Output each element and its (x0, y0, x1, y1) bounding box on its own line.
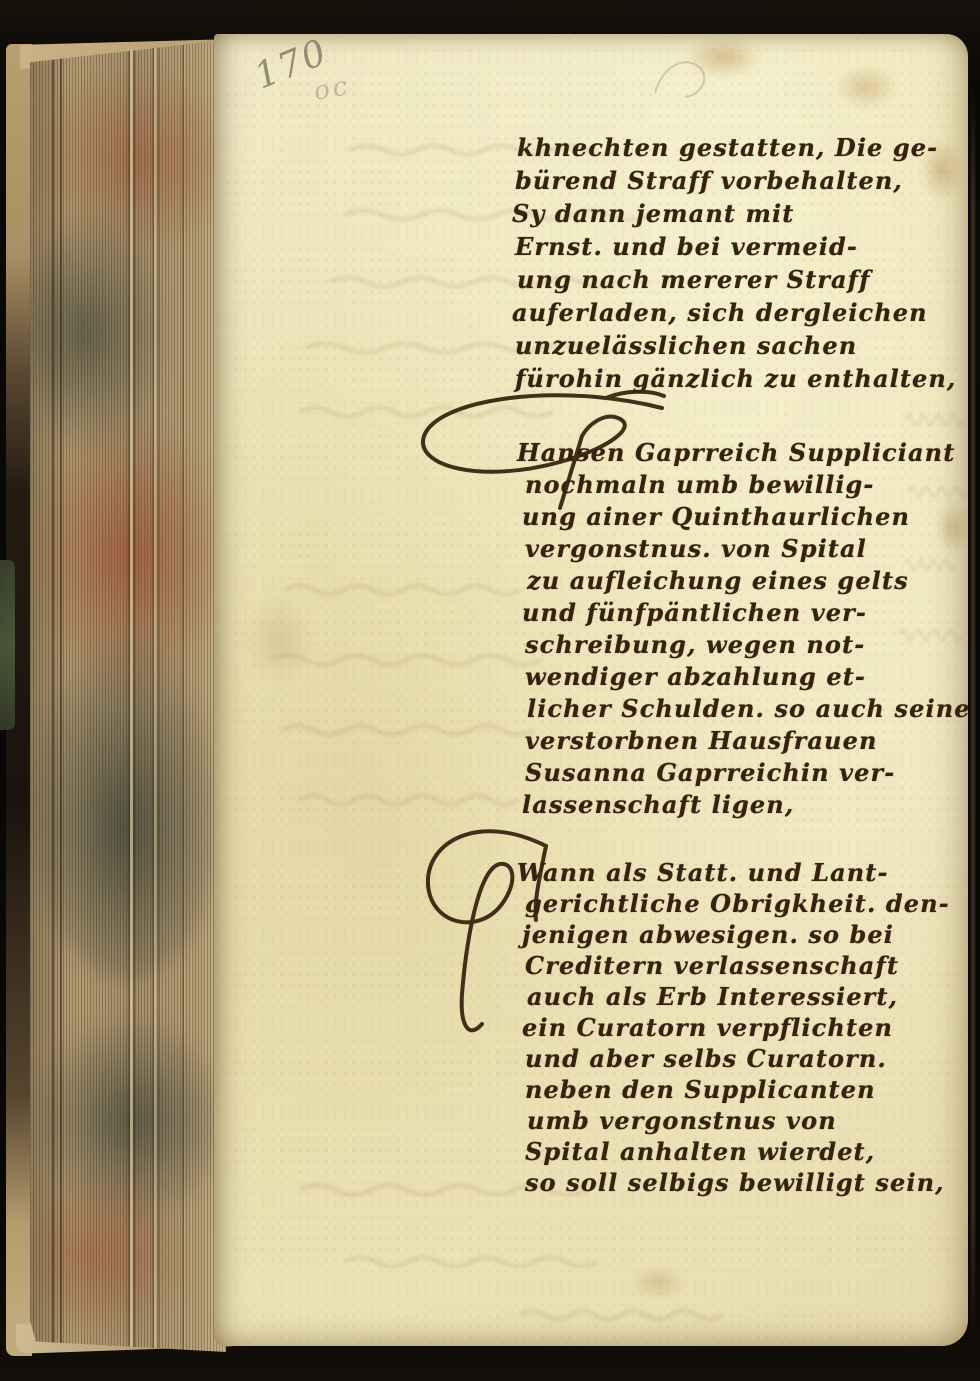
manuscript-line: fürohin gänzlich zu enthalten, (515, 364, 955, 397)
manuscript-line: Spital anhalten wierdet, (525, 1136, 955, 1167)
paragraph-1: khnechten gestatten, Die ge- bürend Stra… (515, 133, 955, 397)
text-block: khnechten gestatten, Die ge- bürend Stra… (515, 133, 955, 1198)
manuscript-line: umb vergonstnus von (527, 1105, 957, 1136)
manuscript-line: Hansen Gaprreich Suppliciant (517, 437, 957, 469)
manuscript-line: lassenschaft ligen, (522, 789, 952, 821)
book-fore-edge (30, 40, 226, 1352)
manuscript-line: schreibung, wegen not- (525, 629, 955, 661)
manuscript-line: verstorbnen Hausfrauen (525, 725, 955, 757)
manuscript-line: nochmaln umb bewillig- (525, 469, 955, 501)
manuscript-line: Wann als Statt. und Lant- (517, 857, 957, 888)
manuscript-line: Ernst. und bei vermeid- (515, 232, 955, 265)
fore-edge-groove (154, 40, 157, 1352)
folio-margin-mark: oc (312, 71, 353, 107)
manuscript-line: ein Curatorn verpflichten (522, 1012, 952, 1043)
manuscript-line: neben den Supplicanten (525, 1074, 955, 1105)
manuscript-line: jenigen abwesigen. so bei (522, 919, 952, 950)
manuscript-line: ung ainer Quinthaurlichen (522, 501, 952, 533)
manuscript-line: vergonstnus. von Spital (525, 533, 955, 565)
facing-page-edge-highlight (971, 80, 975, 1340)
manuscript-page: 170 oc khnechten gestatten, Die ge- büre… (214, 34, 968, 1346)
manuscript-line: auferladen, sich dergleichen (512, 298, 952, 331)
manuscript-line: ung nach mererer Straff (517, 265, 957, 298)
manuscript-line: gerichtliche Obrigkheit. den- (525, 888, 955, 919)
manuscript-line: unzuelässlichen sachen (515, 331, 955, 364)
paragraph-2: Hansen Gaprreich Suppliciant nochmaln um… (515, 437, 955, 821)
manuscript-line: licher Schulden. so auch seiner (527, 693, 957, 725)
manuscript-line: bürend Straff vorbehalten, (515, 166, 955, 199)
manuscript-line: Creditern verlassenschaft (525, 950, 955, 981)
fore-edge-groove-line (60, 40, 62, 1352)
fore-edge-groove (130, 40, 133, 1352)
fore-edge-groove-line (182, 40, 184, 1352)
manuscript-line: Sy dann jemant mit (512, 199, 952, 232)
fore-edge-groove-line (52, 40, 54, 1352)
manuscript-line: und aber selbs Curatorn. (525, 1043, 955, 1074)
fore-edge-dark-smudge (30, 208, 167, 458)
manuscript-line: auch als Erb Interessiert, (527, 981, 957, 1012)
manuscript-line: und fünfpäntlichen ver- (522, 597, 952, 629)
manuscript-line: so soll selbigs bewilligt sein, (525, 1167, 955, 1198)
manuscript-line: zu aufleichung eines gelts (527, 565, 957, 597)
manuscript-photo: 170 oc khnechten gestatten, Die ge- büre… (0, 0, 980, 1381)
manuscript-line: khnechten gestatten, Die ge- (517, 133, 957, 166)
pencil-squiggle (655, 55, 725, 115)
manuscript-line: wendiger abzahlung et- (525, 661, 955, 693)
paragraph-3: Wann als Statt. und Lant- gerichtliche O… (515, 857, 955, 1198)
binding-tie (0, 560, 15, 730)
manuscript-line: Susanna Gaprreichin ver- (525, 757, 955, 789)
